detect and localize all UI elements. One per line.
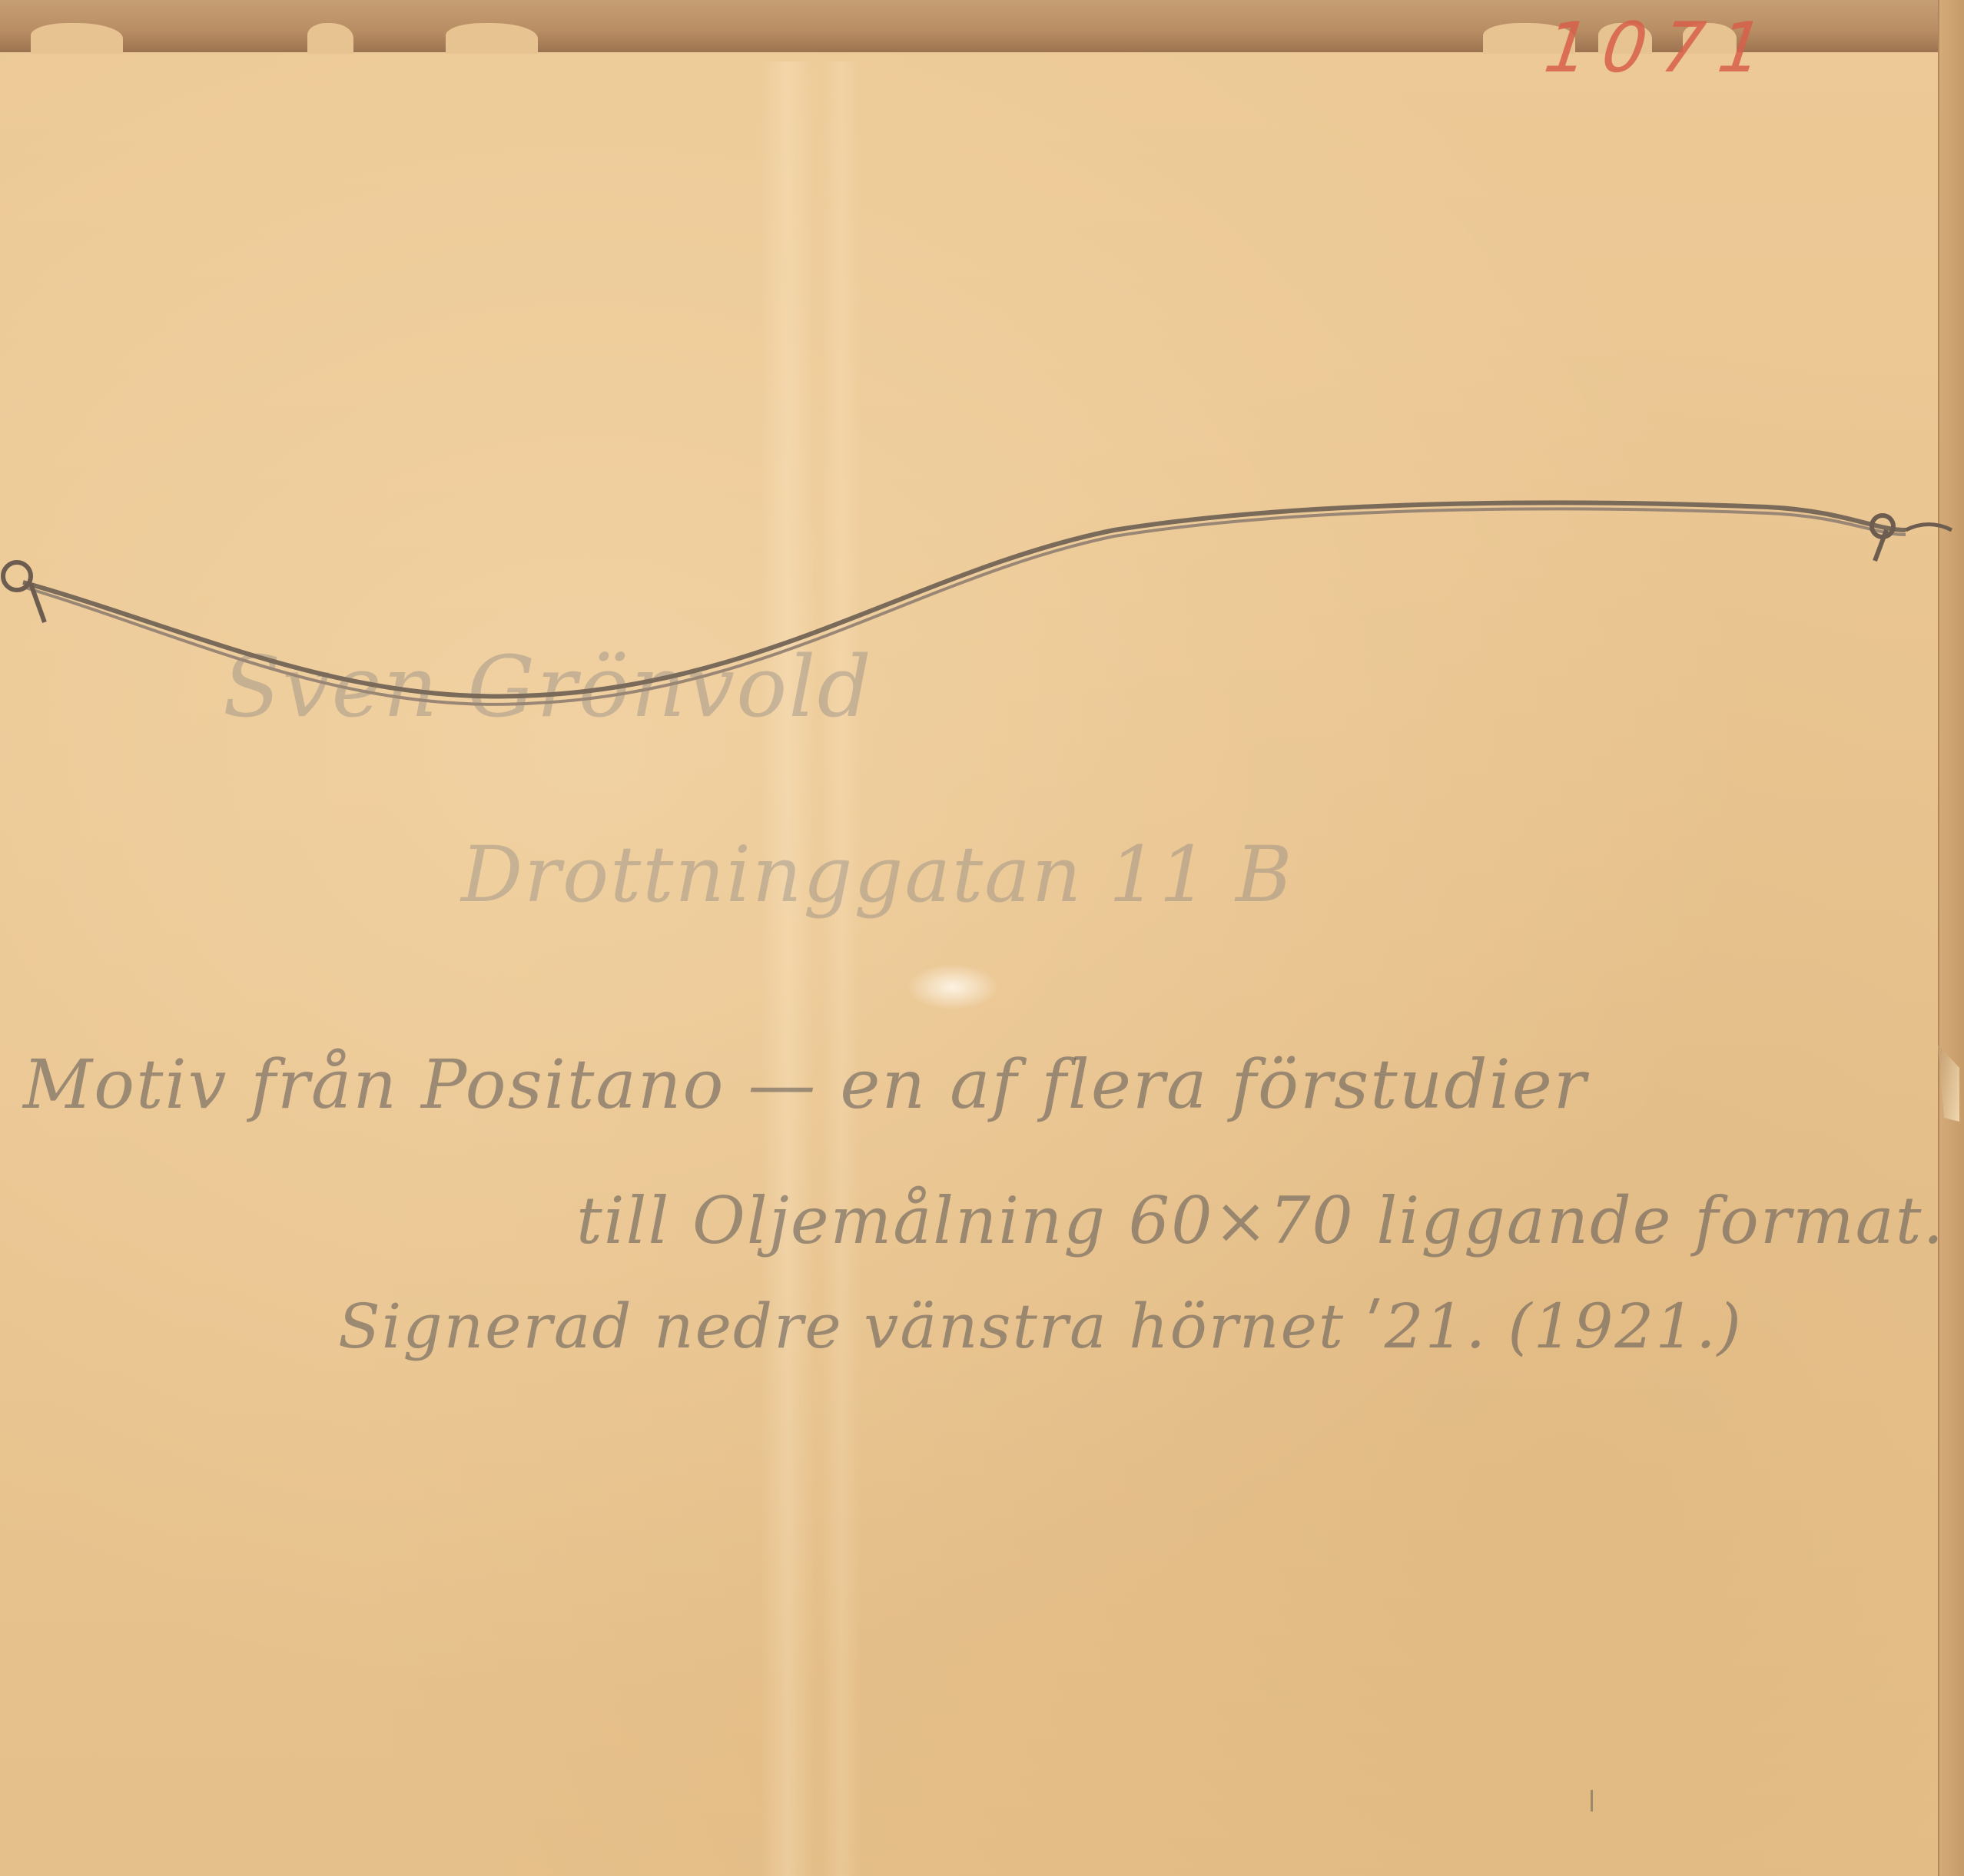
- wire-knot-right: [1872, 515, 1952, 561]
- hanging-wire: [0, 0, 1964, 1876]
